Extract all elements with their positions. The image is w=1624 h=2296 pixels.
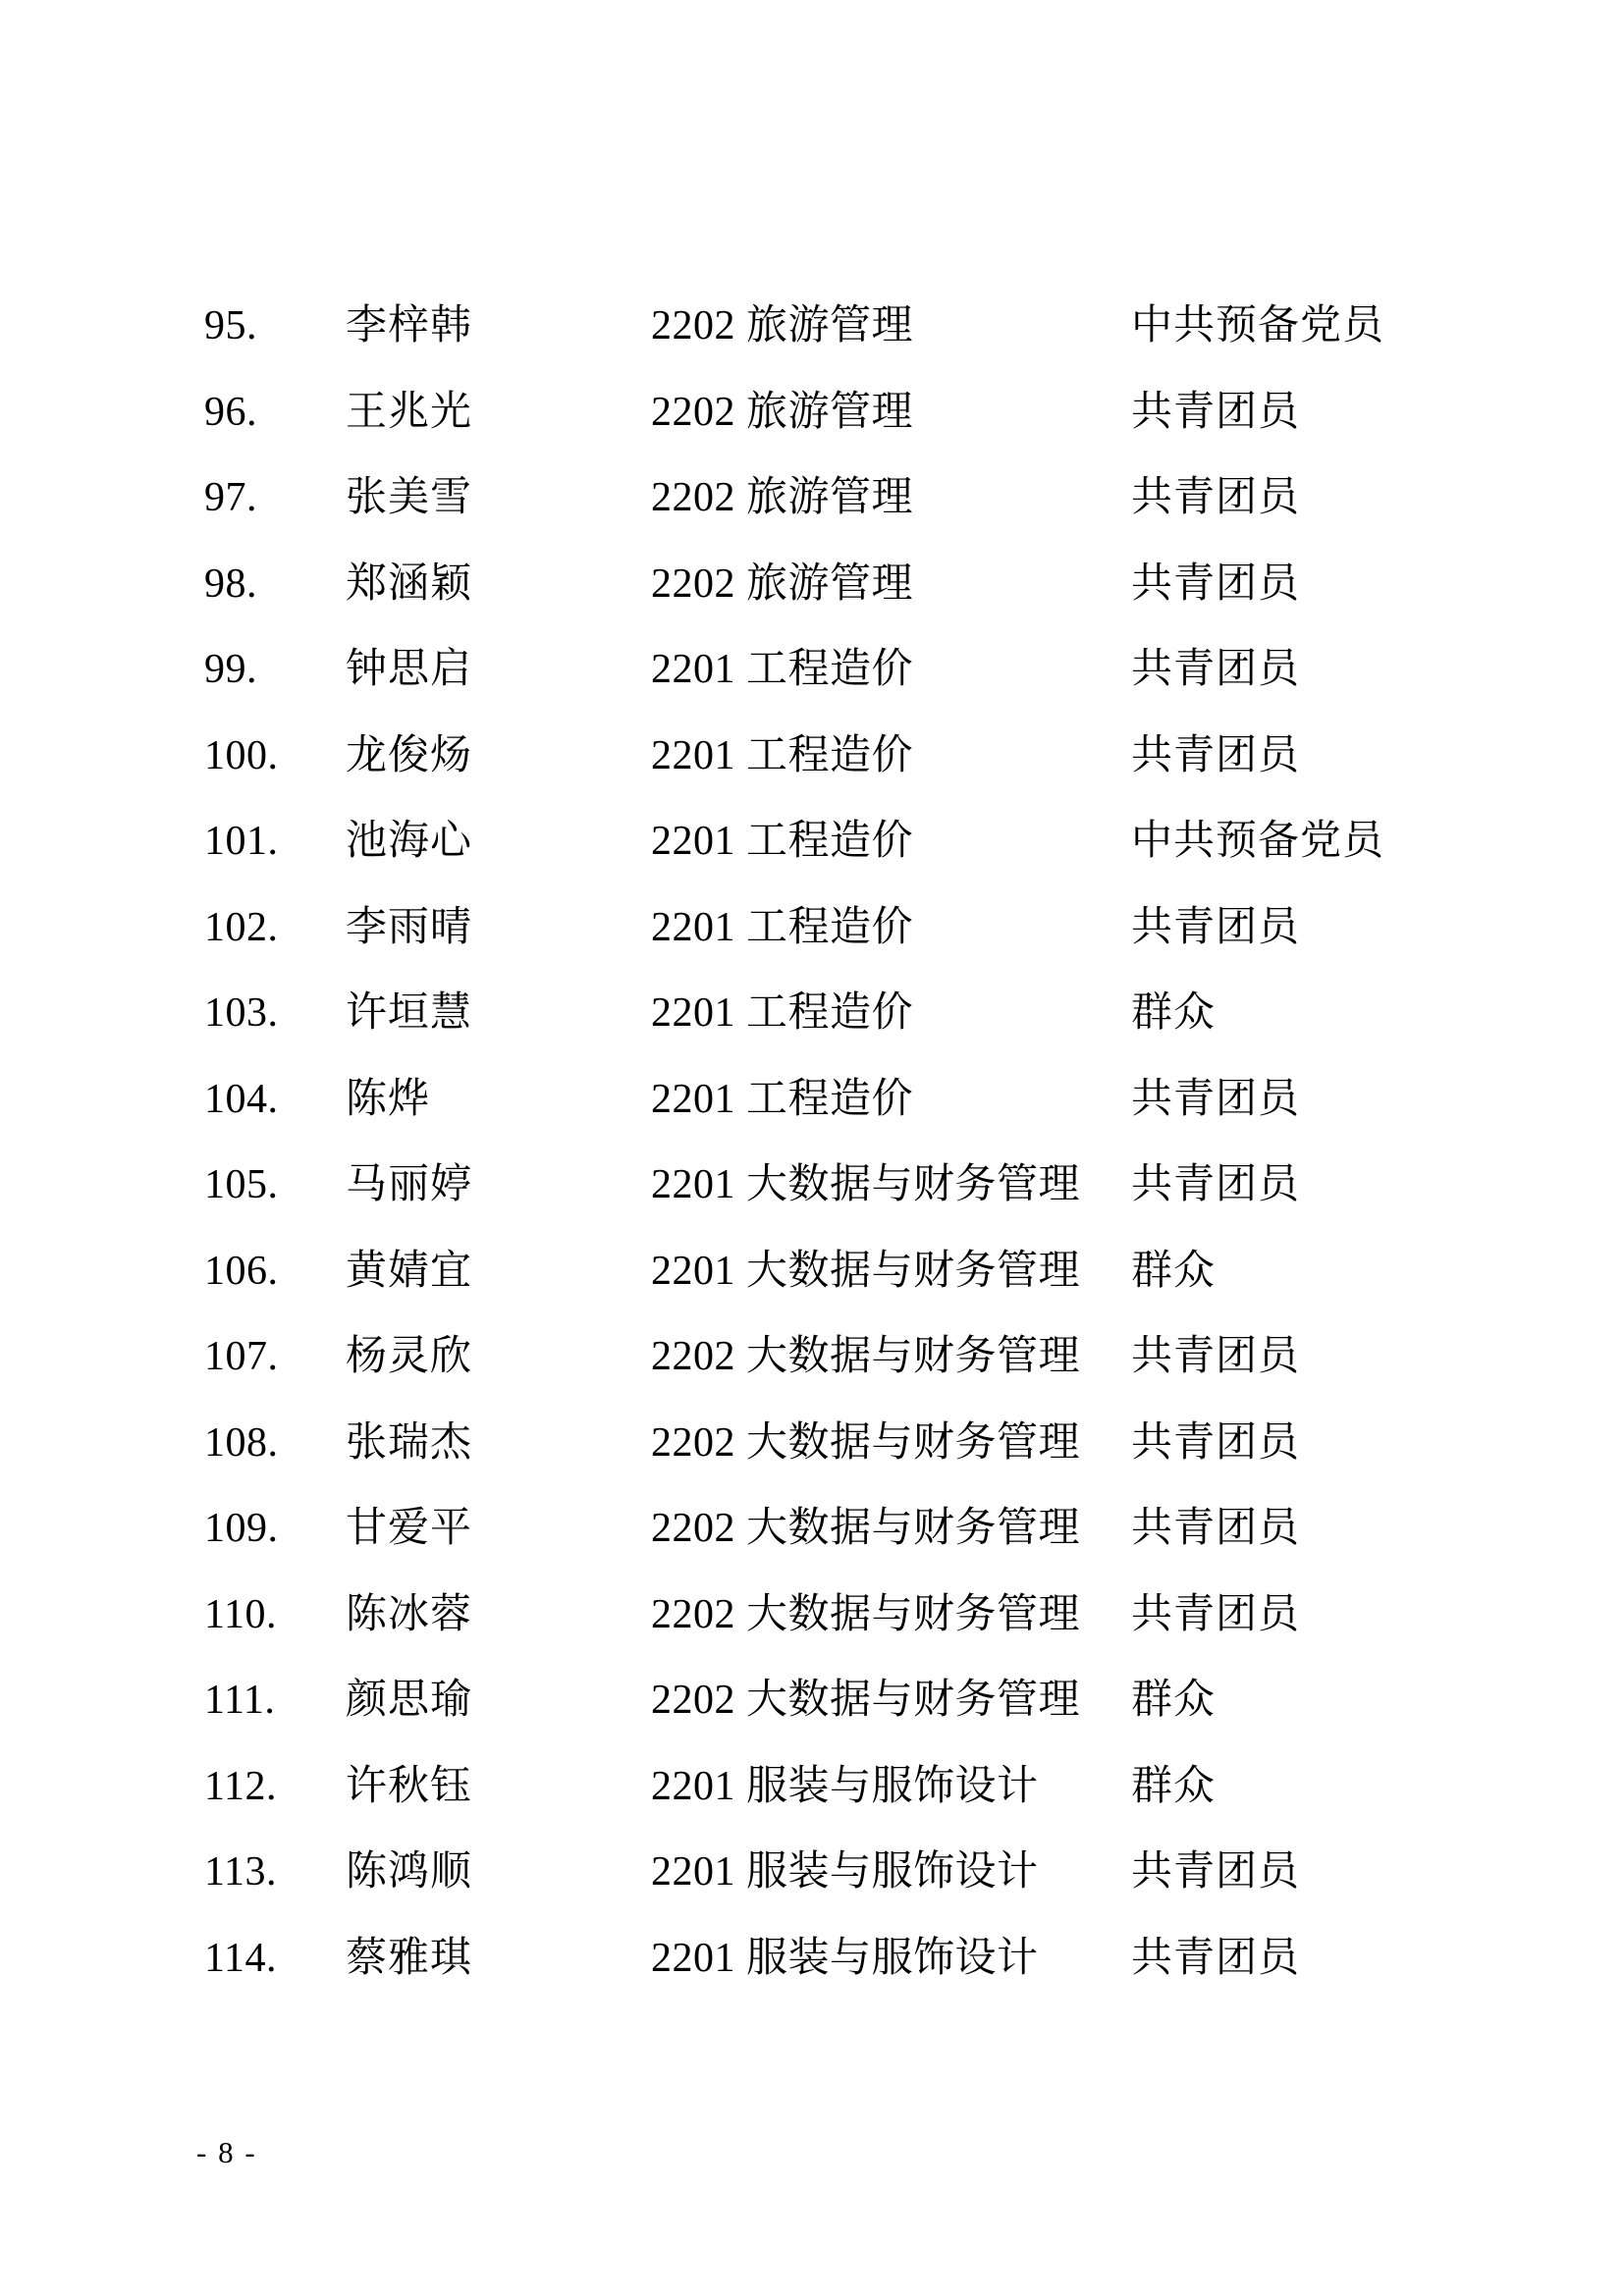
student-name: 甘爱平 [346,1506,472,1551]
class-major: 2201 工程造价 [651,733,913,778]
table-row: 97. 张美雪 2202 旅游管理 共青团员 [0,475,1624,561]
class-major: 2201 服装与服饰设计 [651,1936,1039,1981]
political-status: 群众 [1131,1249,1216,1294]
table-row: 100. 龙俊炀 2201 工程造价 共青团员 [0,733,1624,820]
row-number: 110. [204,1592,277,1637]
table-row: 111. 颜思瑜 2202 大数据与财务管理 群众 [0,1678,1624,1764]
student-name: 许秋钰 [346,1764,472,1809]
row-number: 98. [204,561,257,607]
student-name: 颜思瑜 [346,1678,472,1723]
row-number: 104. [204,1077,279,1122]
table-row: 103. 许垣慧 2201 工程造价 群众 [0,990,1624,1077]
row-number: 107. [204,1334,279,1379]
class-major: 2201 工程造价 [651,905,913,950]
political-status: 群众 [1131,990,1216,1036]
row-number: 96. [204,390,257,435]
political-status: 共青团员 [1131,1420,1300,1466]
political-status: 共青团员 [1131,1592,1300,1637]
table-row: 110. 陈冰蓉 2202 大数据与财务管理 共青团员 [0,1592,1624,1679]
political-status: 共青团员 [1131,905,1300,950]
political-status: 共青团员 [1131,561,1300,607]
class-major: 2201 工程造价 [651,647,913,692]
table-row: 105. 马丽婷 2201 大数据与财务管理 共青团员 [0,1162,1624,1249]
row-number: 103. [204,990,279,1036]
student-name: 钟思启 [346,647,472,692]
table-row: 106. 黄婧宜 2201 大数据与财务管理 群众 [0,1249,1624,1335]
political-status: 中共预备党员 [1131,303,1384,348]
row-number: 109. [204,1506,279,1551]
row-number: 102. [204,905,279,950]
table-row: 102. 李雨晴 2201 工程造价 共青团员 [0,905,1624,991]
political-status: 共青团员 [1131,1162,1300,1207]
class-major: 2202 大数据与财务管理 [651,1592,1080,1637]
table-row: 99. 钟思启 2201 工程造价 共青团员 [0,647,1624,733]
row-number: 99. [204,647,257,692]
row-number: 114. [204,1936,277,1981]
political-status: 群众 [1131,1764,1216,1809]
row-number: 101. [204,819,279,864]
row-number: 111. [204,1678,275,1723]
class-major: 2201 大数据与财务管理 [651,1249,1080,1294]
student-name: 黄婧宜 [346,1249,472,1294]
table-row: 107. 杨灵欣 2202 大数据与财务管理 共青团员 [0,1334,1624,1420]
student-name: 杨灵欣 [346,1334,472,1379]
student-roster: 95. 李梓韩 2202 旅游管理 中共预备党员 96. 王兆光 2202 旅游… [0,303,1624,2021]
row-number: 108. [204,1420,279,1466]
student-name: 张美雪 [346,475,472,520]
table-row: 114. 蔡雅琪 2201 服装与服饰设计 共青团员 [0,1936,1624,2022]
class-major: 2202 大数据与财务管理 [651,1334,1080,1379]
document-page: 95. 李梓韩 2202 旅游管理 中共预备党员 96. 王兆光 2202 旅游… [0,0,1624,2296]
political-status: 共青团员 [1131,1849,1300,1895]
political-status: 群众 [1131,1678,1216,1723]
row-number: 100. [204,733,279,778]
political-status: 共青团员 [1131,733,1300,778]
class-major: 2201 工程造价 [651,990,913,1036]
political-status: 共青团员 [1131,1936,1300,1981]
class-major: 2202 旅游管理 [651,561,913,607]
political-status: 共青团员 [1131,390,1300,435]
student-name: 许垣慧 [346,990,472,1036]
row-number: 112. [204,1764,277,1809]
political-status: 共青团员 [1131,1334,1300,1379]
table-row: 96. 王兆光 2202 旅游管理 共青团员 [0,390,1624,476]
class-major: 2202 大数据与财务管理 [651,1678,1080,1723]
student-name: 龙俊炀 [346,733,472,778]
row-number: 97. [204,475,257,520]
table-row: 109. 甘爱平 2202 大数据与财务管理 共青团员 [0,1506,1624,1592]
student-name: 李雨晴 [346,905,472,950]
class-major: 2201 服装与服饰设计 [651,1849,1039,1895]
class-major: 2201 工程造价 [651,819,913,864]
row-number: 95. [204,303,257,348]
student-name: 王兆光 [346,390,472,435]
political-status: 中共预备党员 [1131,819,1384,864]
row-number: 105. [204,1162,279,1207]
row-number: 113. [204,1849,277,1895]
row-number: 106. [204,1249,279,1294]
table-row: 101. 池海心 2201 工程造价 中共预备党员 [0,819,1624,905]
table-row: 108. 张瑞杰 2202 大数据与财务管理 共青团员 [0,1420,1624,1507]
student-name: 陈烨 [346,1077,430,1122]
political-status: 共青团员 [1131,1506,1300,1551]
political-status: 共青团员 [1131,647,1300,692]
student-name: 张瑞杰 [346,1420,472,1466]
student-name: 陈鸿顺 [346,1849,472,1895]
class-major: 2201 大数据与财务管理 [651,1162,1080,1207]
political-status: 共青团员 [1131,1077,1300,1122]
table-row: 112. 许秋钰 2201 服装与服饰设计 群众 [0,1764,1624,1850]
table-row: 104. 陈烨 2201 工程造价 共青团员 [0,1077,1624,1163]
student-name: 池海心 [346,819,472,864]
page-number: - 8 - [196,2136,257,2169]
student-name: 陈冰蓉 [346,1592,472,1637]
political-status: 共青团员 [1131,475,1300,520]
class-major: 2202 旅游管理 [651,303,913,348]
student-name: 蔡雅琪 [346,1936,472,1981]
table-row: 95. 李梓韩 2202 旅游管理 中共预备党员 [0,303,1624,390]
class-major: 2202 大数据与财务管理 [651,1420,1080,1466]
student-name: 李梓韩 [346,303,472,348]
student-name: 马丽婷 [346,1162,472,1207]
class-major: 2202 旅游管理 [651,475,913,520]
table-row: 98. 郑涵颖 2202 旅游管理 共青团员 [0,561,1624,648]
class-major: 2202 大数据与财务管理 [651,1506,1080,1551]
class-major: 2201 服装与服饰设计 [651,1764,1039,1809]
student-name: 郑涵颖 [346,561,472,607]
class-major: 2201 工程造价 [651,1077,913,1122]
class-major: 2202 旅游管理 [651,390,913,435]
table-row: 113. 陈鸿顺 2201 服装与服饰设计 共青团员 [0,1849,1624,1936]
